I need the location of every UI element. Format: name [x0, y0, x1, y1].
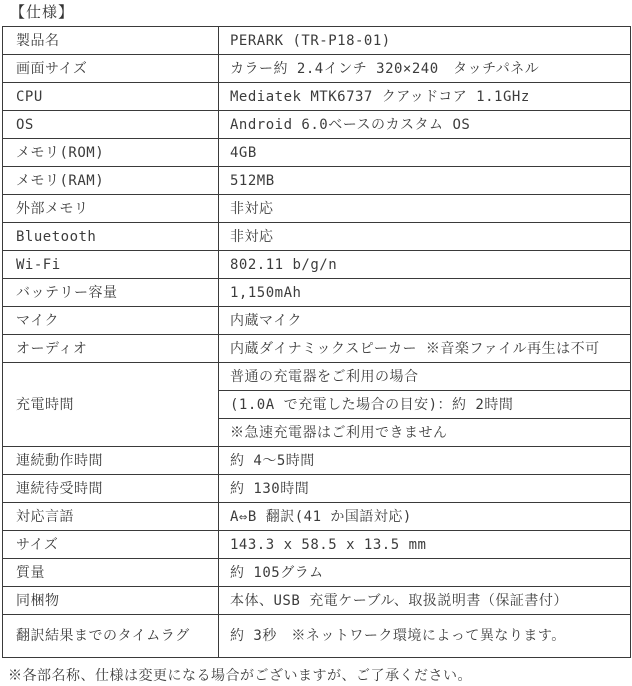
spec-label-screen-size: 画面サイズ [3, 55, 219, 83]
table-row: 翻訳結果までのタイムラグ 約 3秒 ※ネットワーク環境によって異なります。 [3, 615, 631, 658]
spec-value-wifi: 802.11 b/g/n [219, 251, 631, 279]
spec-value-size: 143.3 x 58.5 x 13.5 mm [219, 531, 631, 559]
spec-value-bluetooth: 非対応 [219, 223, 631, 251]
table-row: 連続動作時間 約 4～5時間 [3, 447, 631, 475]
table-row: Bluetooth 非対応 [3, 223, 631, 251]
spec-value-cpu: Mediatek MTK6737 クアッドコア 1.1GHz [219, 83, 631, 111]
spec-label-rom: メモリ(ROM) [3, 139, 219, 167]
spec-page: 【仕様】 製品名 PERARK (TR-P18-01) 画面サイズ カラー約 2… [0, 0, 632, 686]
spec-label-languages: 対応言語 [3, 503, 219, 531]
table-row-charge-time: 充電時間 普通の充電器をご利用の場合 [3, 363, 631, 391]
spec-value-screen-size: カラー約 2.4インチ 320×240 タッチパネル [219, 55, 631, 83]
table-row: オーディオ 内蔵ダイナミックスピーカー ※音楽ファイル再生は不可 [3, 335, 631, 363]
spec-label-translation-lag: 翻訳結果までのタイムラグ [3, 615, 219, 658]
spec-label-charge-time: 充電時間 [3, 363, 219, 447]
spec-value-battery: 1,150mAh [219, 279, 631, 307]
spec-label-audio: オーディオ [3, 335, 219, 363]
spec-label-cpu: CPU [3, 83, 219, 111]
spec-value-external-memory: 非対応 [219, 195, 631, 223]
table-row: メモリ(ROM) 4GB [3, 139, 631, 167]
spec-value-os: Android 6.0ベースのカスタム OS [219, 111, 631, 139]
spec-value-weight: 約 105グラム [219, 559, 631, 587]
spec-label-bluetooth: Bluetooth [3, 223, 219, 251]
spec-value-continuous-operation: 約 4～5時間 [219, 447, 631, 475]
spec-value-charge-time-3: ※急速充電器はご利用できません [219, 419, 631, 447]
spec-value-charge-time-1: 普通の充電器をご利用の場合 [219, 363, 631, 391]
table-row: 質量 約 105グラム [3, 559, 631, 587]
table-row: 対応言語 A⇔B 翻訳(41 か国語対応) [3, 503, 631, 531]
table-row: メモリ(RAM) 512MB [3, 167, 631, 195]
spec-label-weight: 質量 [3, 559, 219, 587]
spec-label-package-contents: 同梱物 [3, 587, 219, 615]
spec-value-package-contents: 本体、USB 充電ケーブル、取扱説明書（保証書付） [219, 587, 631, 615]
footnote: ※各部名称、仕様は変更になる場合がございますが、ご了承ください。 [8, 665, 632, 685]
spec-value-mic: 内蔵マイク [219, 307, 631, 335]
spec-table: 製品名 PERARK (TR-P18-01) 画面サイズ カラー約 2.4インチ… [2, 26, 631, 658]
spec-label-os: OS [3, 111, 219, 139]
spec-label-external-memory: 外部メモリ [3, 195, 219, 223]
spec-label-mic: マイク [3, 307, 219, 335]
table-row: 製品名 PERARK (TR-P18-01) [3, 27, 631, 55]
spec-value-standby-time: 約 130時間 [219, 475, 631, 503]
table-row: CPU Mediatek MTK6737 クアッドコア 1.1GHz [3, 83, 631, 111]
spec-value-ram: 512MB [219, 167, 631, 195]
spec-value-product-name: PERARK (TR-P18-01) [219, 27, 631, 55]
table-row: Wi-Fi 802.11 b/g/n [3, 251, 631, 279]
table-row: 外部メモリ 非対応 [3, 195, 631, 223]
table-row: 連続待受時間 約 130時間 [3, 475, 631, 503]
spec-value-audio: 内蔵ダイナミックスピーカー ※音楽ファイル再生は不可 [219, 335, 631, 363]
spec-label-wifi: Wi-Fi [3, 251, 219, 279]
spec-label-ram: メモリ(RAM) [3, 167, 219, 195]
spec-label-continuous-operation: 連続動作時間 [3, 447, 219, 475]
spec-value-rom: 4GB [219, 139, 631, 167]
table-row: マイク 内蔵マイク [3, 307, 631, 335]
spec-label-product-name: 製品名 [3, 27, 219, 55]
table-row: 同梱物 本体、USB 充電ケーブル、取扱説明書（保証書付） [3, 587, 631, 615]
table-row: サイズ 143.3 x 58.5 x 13.5 mm [3, 531, 631, 559]
spec-label-size: サイズ [3, 531, 219, 559]
spec-value-languages: A⇔B 翻訳(41 か国語対応) [219, 503, 631, 531]
table-row: OS Android 6.0ベースのカスタム OS [3, 111, 631, 139]
table-row: 画面サイズ カラー約 2.4インチ 320×240 タッチパネル [3, 55, 631, 83]
spec-label-standby-time: 連続待受時間 [3, 475, 219, 503]
table-row: バッテリー容量 1,150mAh [3, 279, 631, 307]
spec-value-charge-time-2: (1.0A で充電した場合の目安)：約 2時間 [219, 391, 631, 419]
page-title: 【仕様】 [10, 3, 632, 21]
spec-value-translation-lag: 約 3秒 ※ネットワーク環境によって異なります。 [219, 615, 631, 658]
spec-label-battery: バッテリー容量 [3, 279, 219, 307]
